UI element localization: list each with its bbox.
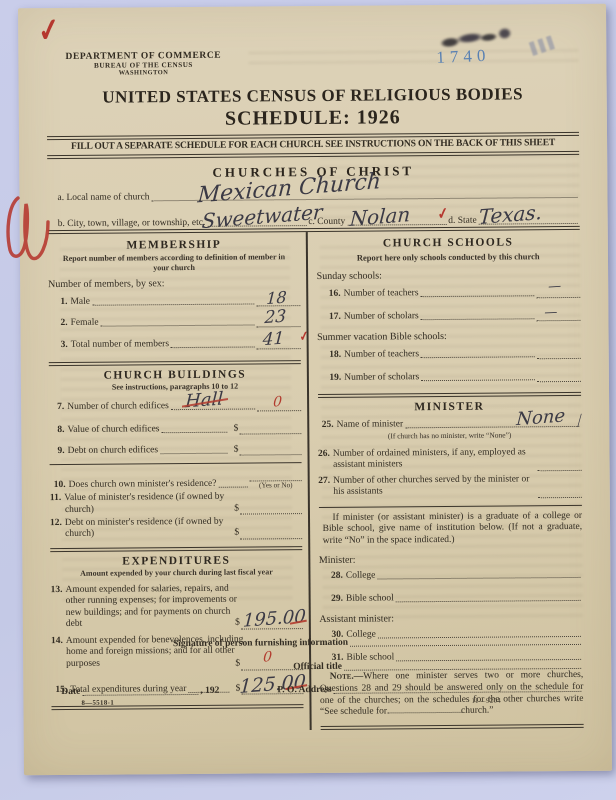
form-columns: MEMBERSHIP Report number of members acco… xyxy=(48,230,584,733)
handwritten-benevolences: 0 xyxy=(263,649,273,667)
form-paper: ✓ DEPARTMENT OF COMMERCE BUREAU OF THE C… xyxy=(18,4,612,776)
handwritten-dash: — xyxy=(544,306,558,321)
q25-hint: (If church has no minister, write “None”… xyxy=(318,429,582,440)
form-code-right: 11—9204 xyxy=(471,698,501,705)
stamp-number: 1740 xyxy=(436,46,491,68)
q29-dots xyxy=(396,599,581,602)
q11-label: Value of minister's residence (if owned … xyxy=(64,492,224,515)
question-row-9: 9. Debt on church edifices $ xyxy=(49,443,301,457)
q19-answer xyxy=(537,370,581,382)
handwritten-male: 18 xyxy=(266,288,287,308)
official-title-label: Official title xyxy=(293,662,342,673)
sunday-schools-label: Sunday schools: xyxy=(317,269,581,282)
q7-dots: Hall xyxy=(171,407,255,410)
q10-dots xyxy=(218,486,247,488)
q17-answer: — xyxy=(536,309,580,321)
q8-number: 8. xyxy=(57,425,64,436)
handwritten-total: 41 xyxy=(262,330,285,351)
q26-number: 26. xyxy=(318,448,330,458)
q7-answer: 0 xyxy=(257,399,301,411)
q1-dots xyxy=(92,302,254,305)
handwritten-flourish: ⁄ xyxy=(575,411,584,430)
dollar-sign: $ xyxy=(235,618,240,629)
q8-dots xyxy=(162,431,228,434)
expenditures-title: EXPENDITURES xyxy=(50,554,302,568)
expenditures-caption: Amount expended by your church during la… xyxy=(50,567,302,579)
buildings-caption: See instructions, paragraphs 10 to 12 xyxy=(49,381,301,393)
po-address-label: P. O. Address xyxy=(277,685,331,696)
q10-hint: (Yes or No) xyxy=(259,481,293,490)
question-row-19: 19. Number of scholars xyxy=(317,370,581,384)
county-blank: Nolan ✓ xyxy=(347,223,446,226)
q9-number: 9. xyxy=(57,446,64,457)
q13-answer: 195.00 xyxy=(241,617,303,629)
rule xyxy=(50,462,302,465)
question-row-8: 8. Value of church edifices $ xyxy=(49,422,301,436)
q27-number: 27. xyxy=(318,475,330,485)
assistant-sublabel: Assistant minister: xyxy=(319,612,583,625)
date-year-prefix: , 192 xyxy=(200,686,219,697)
q26-label: Number of ordained ministers, if any, em… xyxy=(333,447,526,470)
q2-dots xyxy=(101,323,255,326)
q11-number: 11. xyxy=(50,493,61,503)
official-title-row: Official title xyxy=(293,660,583,673)
q16-label: Number of teachers xyxy=(344,288,419,300)
q27-label: Number of other churches served by the m… xyxy=(333,474,529,497)
city-blank: Sweetwater xyxy=(207,224,306,227)
q2-answer: 23 xyxy=(256,315,300,327)
question-row-11: 11.Value of minister's residence (if own… xyxy=(50,491,302,516)
dollar-sign: $ xyxy=(234,445,239,456)
q8-answer xyxy=(239,422,301,434)
q18-number: 18. xyxy=(329,349,341,360)
left-column: MEMBERSHIP Report number of members acco… xyxy=(48,232,310,732)
received-stamp: 1740 xyxy=(418,22,588,78)
red-checkmark-total: ✓ xyxy=(299,329,310,346)
question-row-7: 7. Number of church edifices Hall 0 xyxy=(49,399,301,413)
handwritten-edifices: Hall xyxy=(184,390,223,414)
question-row-13: 13.Amount expended for salaries, repairs… xyxy=(51,583,303,631)
state-blank: Texas. xyxy=(479,222,578,225)
rule xyxy=(320,724,584,730)
q7-label: Number of church edifices xyxy=(67,401,169,413)
q10-answer xyxy=(250,469,302,481)
signature-blank xyxy=(350,643,581,647)
note-blank xyxy=(387,712,461,714)
q11-answer-group: $ xyxy=(230,502,302,515)
question-row-27: 27.Number of other churches served by th… xyxy=(318,473,582,499)
q19-label: Number of scholars xyxy=(344,372,419,384)
q13-label: Amount expended for salaries, repairs, a… xyxy=(65,584,237,629)
q1-label: Male xyxy=(70,297,90,308)
q25-label: Name of minister xyxy=(337,419,404,430)
question-row-3: 3. Total number of members 41 ✓ xyxy=(49,337,301,351)
summer-schools-label: Summer vacation Bible schools: xyxy=(317,330,581,343)
q19-number: 19. xyxy=(329,372,341,383)
question-row-28: 28. College xyxy=(319,569,583,582)
form-subtitle: SCHEDULE: 1926 xyxy=(19,105,607,133)
rule xyxy=(50,546,302,552)
red-checkmark-county: ✓ xyxy=(436,205,449,225)
q27-answer xyxy=(538,485,582,497)
official-title-blank xyxy=(344,667,581,671)
q26-answer xyxy=(538,458,582,470)
q28-label: College xyxy=(346,571,376,582)
question-row-12: 12.Debt on minister's residence (if owne… xyxy=(50,516,302,541)
q7-number: 7. xyxy=(57,402,64,413)
q13-number: 13. xyxy=(51,585,63,595)
minister-sublabel: Minister: xyxy=(319,553,583,566)
dollar-sign: $ xyxy=(235,659,240,670)
question-row-1: 1. Male 18 xyxy=(48,294,300,308)
q8-label: Value of church edifices xyxy=(67,424,159,436)
q16-answer: — xyxy=(536,286,580,298)
rule xyxy=(318,504,581,507)
q18-answer xyxy=(537,347,581,359)
q17-label: Number of scholars xyxy=(344,311,419,323)
q16-number: 16. xyxy=(329,288,341,299)
red-margin-scribble xyxy=(4,192,66,264)
q14-number: 14. xyxy=(51,636,63,646)
question-row-10: 10. Does church own minister's residence… xyxy=(50,469,302,491)
dollar-sign: $ xyxy=(234,528,239,539)
q12-label: Debt on minister's residence (if owned b… xyxy=(65,517,223,540)
q10-answer-group: (Yes or No) xyxy=(250,469,302,490)
q28-dots xyxy=(377,576,580,580)
q9-dots xyxy=(160,452,228,455)
question-row-26: 26.Number of ordained ministers, if any,… xyxy=(318,446,582,472)
q17-number: 17. xyxy=(329,311,341,322)
q1-answer: 18 xyxy=(256,294,300,306)
form-code-left: 8—5518-1 xyxy=(81,700,114,707)
q18-label: Number of teachers xyxy=(344,349,419,361)
question-row-2: 2. Female 23 xyxy=(48,315,300,329)
q29-label: Bible school xyxy=(346,593,394,604)
local-name-blank: Mexican Church xyxy=(152,196,578,201)
graduate-note: If minister (or assistant minister) is a… xyxy=(318,510,582,548)
q12-number: 12. xyxy=(50,518,62,528)
q3-label: Total number of members xyxy=(71,339,169,351)
po-address-blank xyxy=(334,690,582,694)
buildings-title: CHURCH BUILDINGS xyxy=(49,368,301,382)
rule xyxy=(49,360,301,366)
handwritten-state: Texas. xyxy=(478,201,543,229)
local-name-label: a. Local name of church xyxy=(57,192,149,204)
q29-number: 29. xyxy=(331,594,343,605)
q2-label: Female xyxy=(71,318,99,329)
question-row-25: 25. Name of minister None ⁄ xyxy=(318,418,582,431)
q11-answer xyxy=(240,502,302,514)
handwritten-female: 23 xyxy=(264,308,287,329)
question-row-16: 16. Number of teachers — xyxy=(317,286,581,300)
scanned-census-schedule: { "colors": { "red_ink": "#b5372e", "blu… xyxy=(0,0,616,800)
dollar-sign: $ xyxy=(234,424,239,435)
handwritten-edifices-zero: 0 xyxy=(273,394,283,411)
agency-block: DEPARTMENT OF COMMERCE BUREAU OF THE CEN… xyxy=(58,51,228,77)
q3-answer: 41 ✓ xyxy=(257,337,301,349)
note-label: Note.— xyxy=(330,671,364,681)
q12-answer xyxy=(240,527,302,539)
rule xyxy=(318,392,582,398)
note-end: church.” xyxy=(461,706,494,716)
q1-number: 1. xyxy=(60,297,67,308)
date-blank xyxy=(82,693,198,696)
q10-label: Does church own minister's residence? xyxy=(69,479,217,491)
handwritten-dash: — xyxy=(548,279,562,295)
membership-intro: Number of members, by sex: xyxy=(48,277,300,290)
q3-dots xyxy=(171,345,255,348)
q28-number: 28. xyxy=(331,571,343,582)
q12-answer-group: $ xyxy=(230,527,302,540)
question-row-17: 17. Number of scholars — xyxy=(317,309,581,323)
handwritten-minister-name: None xyxy=(516,406,566,431)
q2-number: 2. xyxy=(60,318,67,329)
q3-number: 3. xyxy=(61,340,68,351)
question-row-29: 29. Bible school xyxy=(319,592,583,605)
handwritten-salaries: 195.00 xyxy=(242,606,306,633)
faint-stamp-mark xyxy=(529,34,558,56)
membership-caption: Report number of members according to de… xyxy=(62,252,286,274)
dollar-sign: $ xyxy=(234,503,239,514)
red-checkmark-top: ✓ xyxy=(36,11,62,51)
signature-label: Signature of person furnishing informati… xyxy=(173,638,348,650)
question-row-18: 18. Number of teachers xyxy=(317,347,581,361)
q13-answer-group: $ 195.00 xyxy=(231,617,303,630)
q9-label: Debt on church edifices xyxy=(68,445,159,457)
q19-dots xyxy=(421,378,535,381)
q25-number: 25. xyxy=(322,419,334,430)
date-label: Date xyxy=(61,687,80,698)
q18-dots xyxy=(421,355,535,358)
q16-dots xyxy=(421,294,535,297)
state-label: d. State xyxy=(448,216,477,227)
rule xyxy=(47,151,579,159)
q10-number: 10. xyxy=(54,480,66,491)
schools-caption: Report here only schools conducted by th… xyxy=(316,251,580,264)
dept-line: DEPARTMENT OF COMMERCE xyxy=(58,51,228,62)
right-column: CHURCH SCHOOLS Report here only schools … xyxy=(307,230,583,730)
schools-title: CHURCH SCHOOLS xyxy=(316,236,580,250)
q9-answer xyxy=(239,443,301,455)
membership-title: MEMBERSHIP xyxy=(48,238,300,252)
q26-answer-group xyxy=(538,458,582,470)
washington-line: WASHINGTON xyxy=(58,69,228,77)
q27-answer-group xyxy=(538,485,582,497)
q25-dots: None ⁄ xyxy=(405,424,579,427)
q17-dots xyxy=(421,317,535,320)
